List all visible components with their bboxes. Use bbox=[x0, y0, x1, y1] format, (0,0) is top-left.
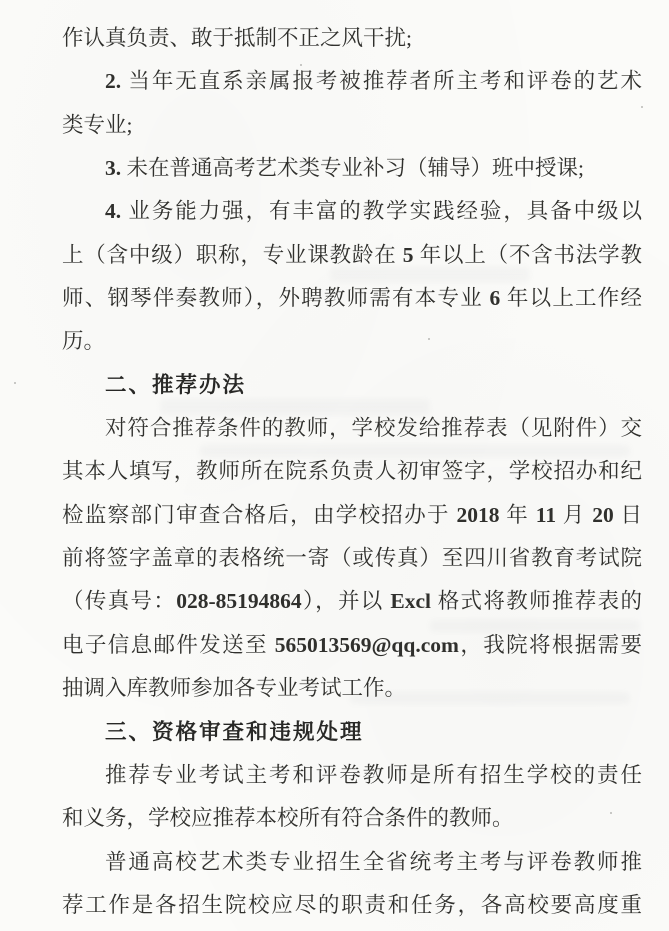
run-text: 普通高校艺术类专业招生全省统考主考与评卷教师推 bbox=[105, 850, 642, 874]
emphasis-text: 6 bbox=[490, 286, 501, 310]
run-text: 年以上（不含书法学教 bbox=[414, 243, 642, 267]
run-text: 格式将教师推荐表的 bbox=[431, 589, 642, 613]
run-text: 荐工作是各招生院校应尽的职责和任务，各高校要高度重 bbox=[62, 893, 642, 917]
text-line: 对符合推荐条件的教师，学校发给推荐表（见附件）交 bbox=[62, 407, 642, 450]
run-text: 和义务，学校应推荐本校所有符合条件的教师。 bbox=[62, 806, 514, 830]
document-page: 作认真负责、敢于抵制不正之风干扰;2. 当年无直系亲属报考被推荐者所主考和评卷的… bbox=[0, 0, 669, 931]
text-line: 荐工作是各招生院校应尽的职责和任务，各高校要高度重 bbox=[62, 884, 642, 927]
scan-speck bbox=[14, 382, 16, 384]
run-text: 电子信息邮件发送至 bbox=[62, 633, 275, 657]
text-line: 2. 当年无直系亲属报考被推荐者所主考和评卷的艺术 bbox=[62, 60, 642, 103]
run-text: 年以上工作经 bbox=[500, 286, 642, 310]
text-line: 师、钢琴伴奏教师），外聘教师需有本专业 6 年以上工作经 bbox=[62, 277, 642, 320]
text-line: （传真号：028-85194864），并以 Excl 格式将教师推荐表的 bbox=[62, 580, 642, 623]
text-line: 检监察部门审查合格后，由学校招办于 2018 年 11 月 20 日 bbox=[62, 494, 642, 537]
emphasis-text: 2018 bbox=[457, 503, 500, 527]
run-text: 当年无直系亲属报考被推荐者所主考和评卷的艺术 bbox=[121, 69, 642, 93]
emphasis-text: Excl bbox=[390, 589, 431, 613]
text-line: 上（含中级）职称，专业课教龄在 5 年以上（不含书法学教 bbox=[62, 234, 642, 277]
text-line: 类专业; bbox=[62, 104, 642, 147]
text-line: 历。 bbox=[62, 320, 642, 363]
emphasis-text: 11 bbox=[536, 503, 556, 527]
run-text: 其本人填写，教师所在院系负责人初审签字，学校招办和纪 bbox=[62, 459, 642, 483]
run-text: ），并以 bbox=[302, 589, 391, 613]
text-line: 作认真负责、敢于抵制不正之风干扰; bbox=[62, 17, 642, 60]
text-line: 推荐专业考试主考和评卷教师是所有招生学校的责任 bbox=[62, 754, 642, 797]
run-text: ，我院将根据需要 bbox=[459, 633, 642, 657]
run-text: 业务能力强，有丰富的教学实践经验，具备中级以 bbox=[121, 199, 642, 223]
text-line: 3. 未在普通高考艺术类专业补习（辅导）班中授课; bbox=[62, 147, 642, 190]
run-text: 二、推荐办法 bbox=[105, 373, 246, 397]
run-text: 年 bbox=[500, 503, 536, 527]
run-text: 历。 bbox=[62, 329, 105, 353]
text-line: 其本人填写，教师所在院系负责人初审签字，学校招办和纪 bbox=[62, 450, 642, 493]
run-text: 对符合推荐条件的教师，学校发给推荐表（见附件）交 bbox=[105, 416, 642, 440]
run-text: 类专业; bbox=[62, 113, 132, 137]
run-text: 月 bbox=[556, 503, 592, 527]
run-text: 前将签字盖章的表格统一寄（或传真）至四川省教育考试院 bbox=[62, 546, 642, 570]
run-text: 检监察部门审查合格后，由学校招办于 bbox=[62, 503, 457, 527]
text-line: 普通高校艺术类专业招生全省统考主考与评卷教师推 bbox=[62, 841, 642, 884]
run-text: （传真号： bbox=[62, 589, 176, 613]
run-text: 上（含中级）职称，专业课教龄在 bbox=[62, 243, 403, 267]
run-text: 师、钢琴伴奏教师），外聘教师需有本专业 bbox=[62, 286, 490, 310]
section-heading: 三、资格审查和违规处理 bbox=[62, 711, 642, 754]
section-heading: 二、推荐办法 bbox=[62, 364, 642, 407]
emphasis-text: 20 bbox=[592, 503, 614, 527]
run-text: 日 bbox=[614, 503, 642, 527]
run-text: 作认真负责、敢于抵制不正之风干扰; bbox=[62, 26, 412, 50]
emphasis-text: 565013569@qq.com bbox=[275, 633, 459, 657]
document-body: 作认真负责、敢于抵制不正之风干扰;2. 当年无直系亲属报考被推荐者所主考和评卷的… bbox=[62, 17, 642, 927]
text-line: 和义务，学校应推荐本校所有符合条件的教师。 bbox=[62, 797, 642, 840]
text-line: 电子信息邮件发送至 565013569@qq.com，我院将根据需要 bbox=[62, 624, 642, 667]
run-text: 未在普通高考艺术类专业补习（辅导）班中授课; bbox=[121, 156, 584, 180]
text-line: 4. 业务能力强，有丰富的教学实践经验，具备中级以 bbox=[62, 190, 642, 233]
run-text: 三、资格审查和违规处理 bbox=[105, 720, 364, 744]
run-text: 抽调入库教师参加各专业考试工作。 bbox=[62, 676, 406, 700]
text-line: 抽调入库教师参加各专业考试工作。 bbox=[62, 667, 642, 710]
emphasis-text: 4. bbox=[105, 199, 121, 223]
run-text: 推荐专业考试主考和评卷教师是所有招生学校的责任 bbox=[105, 763, 642, 787]
emphasis-text: 5 bbox=[403, 243, 414, 267]
emphasis-text: 028-85194864 bbox=[176, 589, 301, 613]
text-line: 前将签字盖章的表格统一寄（或传真）至四川省教育考试院 bbox=[62, 537, 642, 580]
emphasis-text: 2. bbox=[105, 69, 121, 93]
emphasis-text: 3. bbox=[105, 156, 121, 180]
